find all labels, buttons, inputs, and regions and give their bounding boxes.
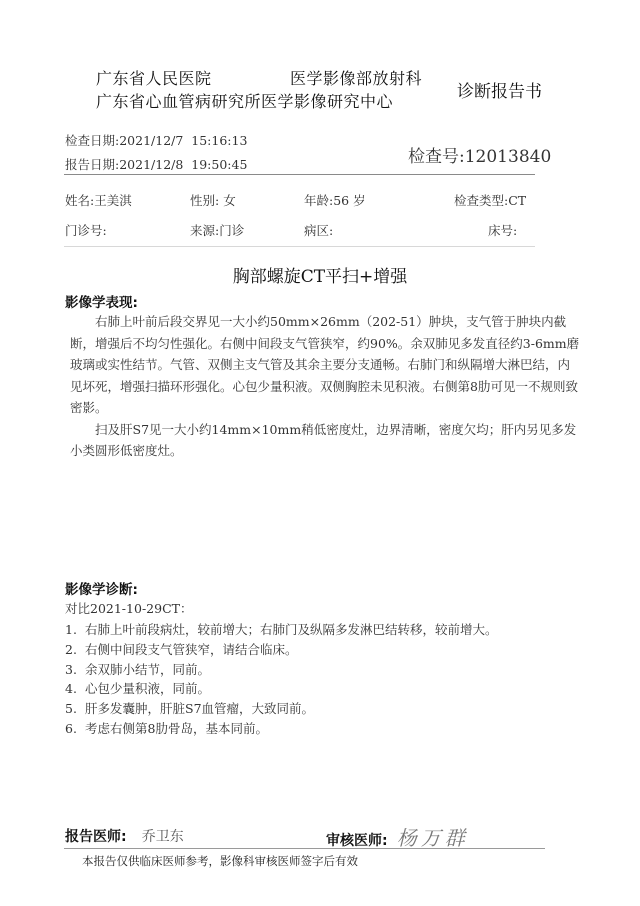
- report-doctor-label: 报告医师:: [65, 829, 127, 845]
- diagnosis-item: 4.心包少量积液，同前。: [65, 679, 498, 699]
- exam-date-label: 检查日期:: [65, 133, 119, 148]
- diagnosis-list: 1.右肺上叶前段病灶，较前增大；右肺门及纵隔多发淋巴结转移，较前增大。 2.右侧…: [65, 620, 498, 739]
- department-name: 医学影像部放射科: [290, 66, 422, 89]
- footer-disclaimer: 本报告仅供临床医师参考，影像科审核医师签字后有效: [82, 853, 358, 869]
- diagnosis-item: 6.考虑右侧第8肋骨岛，基本同前。: [65, 719, 498, 739]
- findings-paragraph: 扫及肝S7见一大小约14mm×10mm稍低密度灶，边界清晰，密度欠均；肝内另见多…: [70, 419, 582, 462]
- diagnosis-item: 2.右侧中间段支气管狭窄，请结合临床。: [65, 640, 498, 660]
- exam-type-value: CT: [508, 193, 526, 208]
- exam-date: 2021/12/7 15:16:13: [119, 133, 247, 148]
- ward: 病区:: [304, 221, 333, 239]
- report-date-label: 报告日期:: [65, 157, 119, 172]
- bed-number-label: 床号:: [488, 223, 517, 238]
- exam-date-row: 检查日期:2021/12/7 15:16:13: [65, 131, 247, 149]
- patient-sex-value: 女: [223, 193, 236, 208]
- patient-sex-label: 性别:: [190, 193, 219, 208]
- exam-title: 胸部螺旋CT平扫+增强: [0, 262, 640, 287]
- patient-source-value: 门诊: [219, 223, 244, 238]
- report-date: 2021/12/8 19:50:45: [119, 157, 247, 172]
- patient-sex: 性别: 女: [190, 191, 236, 209]
- outpatient-number-label: 门诊号:: [65, 223, 107, 238]
- bed-number: 床号:: [488, 221, 517, 239]
- review-doctor: 审核医师: 杨万群: [326, 822, 469, 851]
- exam-number: 检查号:12013840: [408, 142, 551, 167]
- patient-name-label: 姓名:: [65, 193, 94, 208]
- patient-source: 来源:门诊: [190, 221, 244, 239]
- exam-number-value: 12013840: [465, 147, 552, 167]
- divider: [64, 174, 535, 175]
- patient-age-label: 年龄:: [304, 193, 333, 208]
- report-doctor: 报告医师: 乔卫东: [65, 826, 184, 846]
- review-doctor-signature: 杨万群: [397, 826, 469, 850]
- hospital-name-2: 广东省心血管病研究所医学影像研究中心: [96, 89, 393, 112]
- hospital-name-1: 广东省人民医院: [96, 66, 212, 89]
- patient-age: 年龄:56 岁: [304, 191, 366, 209]
- diagnosis-item: 3.余双肺小结节，同前。: [65, 660, 498, 680]
- divider: [64, 246, 535, 247]
- diagnosis-item: 5.肝多发囊肿，肝脏S7血管瘤，大致同前。: [65, 699, 498, 719]
- outpatient-number: 门诊号:: [65, 221, 107, 239]
- comparison-note: 对比2021-10-29CT：: [65, 599, 192, 617]
- report-type-title: 诊断报告书: [457, 77, 542, 102]
- findings-heading: 影像学表现:: [65, 291, 138, 311]
- diagnosis-heading: 影像学诊断:: [65, 578, 138, 598]
- findings-body: 右肺上叶前后段交界见一大小约50mm×26mm（202-51）肿块，支气管于肿块…: [70, 311, 582, 462]
- diagnosis-item: 1.右肺上叶前段病灶，较前增大；右肺门及纵隔多发淋巴结转移，较前增大。: [65, 620, 498, 640]
- review-doctor-label: 审核医师:: [326, 833, 388, 849]
- patient-source-label: 来源:: [190, 223, 219, 238]
- exam-type: 检查类型:CT: [454, 191, 526, 209]
- exam-type-label: 检查类型:: [454, 193, 508, 208]
- ward-label: 病区:: [304, 223, 333, 238]
- exam-number-label: 检查号:: [408, 147, 465, 167]
- patient-name: 姓名:王美淇: [65, 191, 132, 209]
- report-doctor-name: 乔卫东: [142, 829, 184, 845]
- patient-name-value: 王美淇: [94, 193, 132, 208]
- footer-divider: [64, 848, 545, 849]
- report-date-row: 报告日期:2021/12/8 19:50:45: [65, 155, 247, 173]
- patient-age-value: 56 岁: [333, 193, 365, 208]
- findings-paragraph: 右肺上叶前后段交界见一大小约50mm×26mm（202-51）肿块，支气管于肿块…: [70, 311, 582, 419]
